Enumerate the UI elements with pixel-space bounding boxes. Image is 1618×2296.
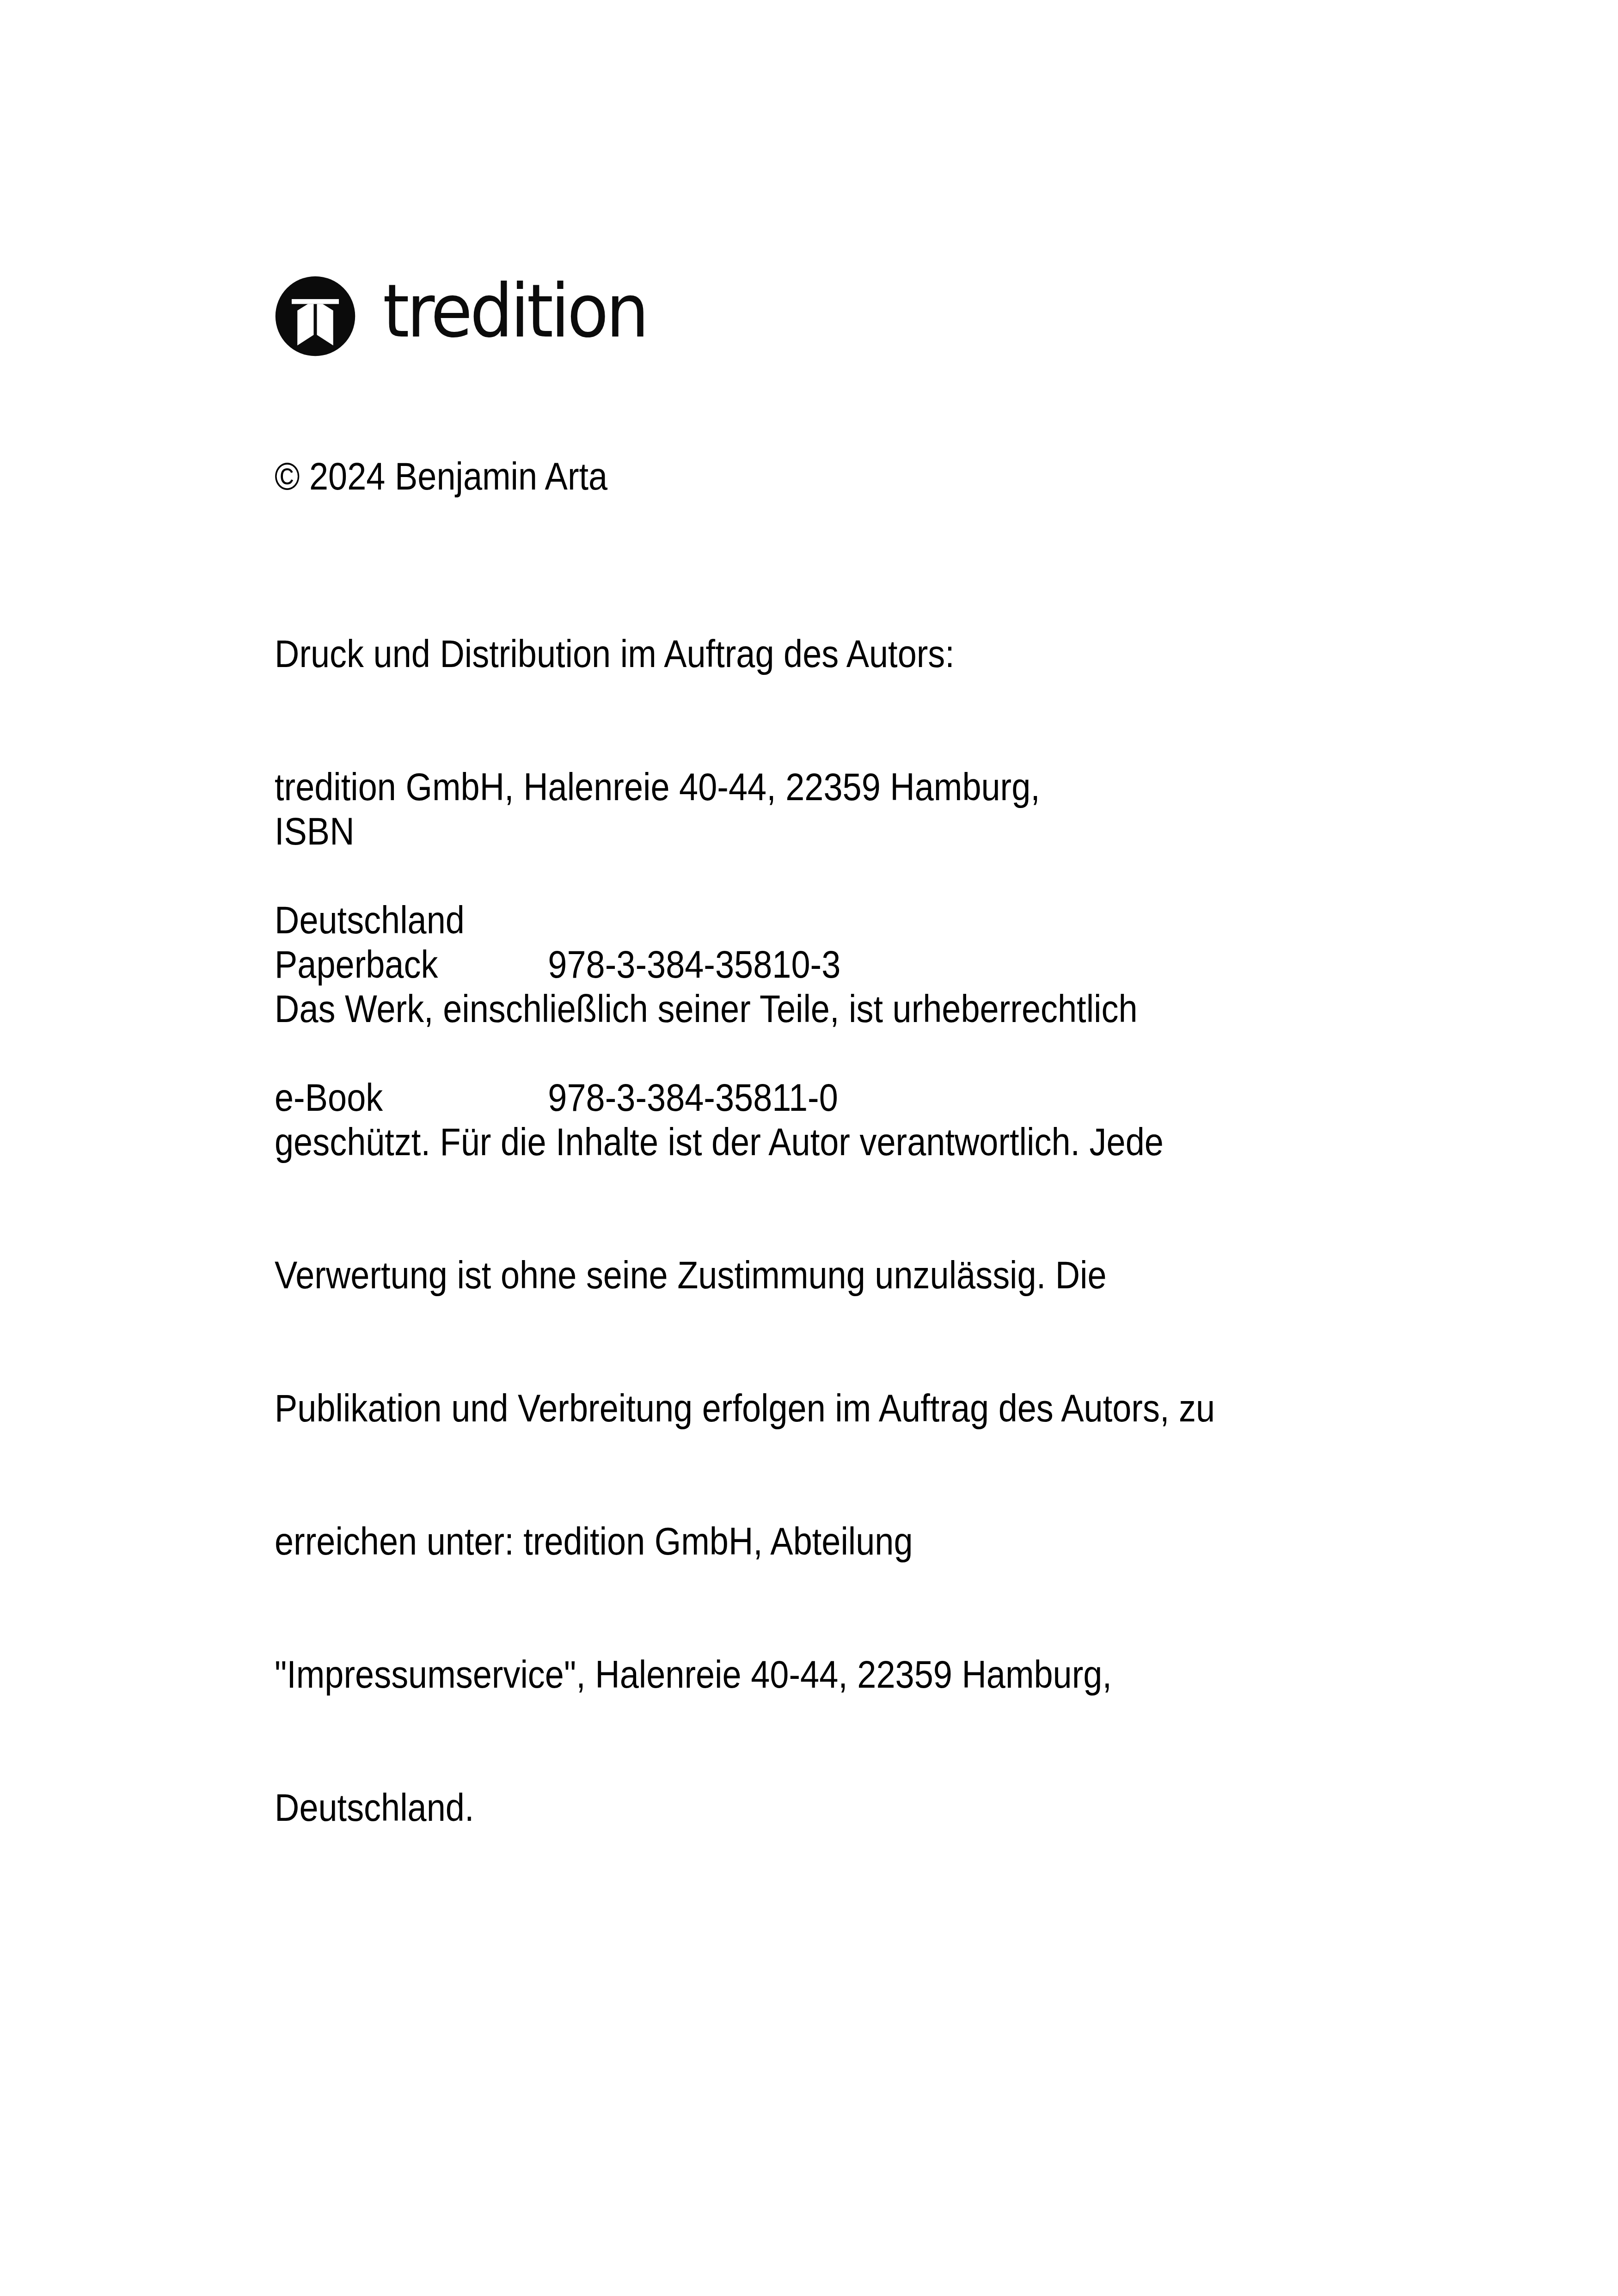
legal-line: Das Werk, einschließlich seiner Teile, i…	[275, 986, 1215, 1031]
tredition-logo-mark-icon	[275, 276, 356, 357]
legal-notice: Das Werk, einschließlich seiner Teile, i…	[275, 898, 1215, 1918]
copyright-notice: © 2024 Benjamin Arta	[275, 454, 607, 498]
publisher-logo: tredition	[275, 276, 667, 357]
imprint-page: tredition © 2024 Benjamin Arta Druck und…	[0, 0, 1618, 2296]
legal-line: "Impressumservice", Halenreie 40-44, 223…	[275, 1652, 1215, 1696]
legal-line: Deutschland.	[275, 1785, 1215, 1830]
legal-line: Publikation und Verbreitung erfolgen im …	[275, 1386, 1215, 1430]
distribution-line: Druck und Distribution im Auftrag des Au…	[275, 631, 1040, 676]
publisher-wordmark: tredition	[383, 275, 647, 348]
legal-line: erreichen unter: tredition GmbH, Abteilu…	[275, 1519, 1215, 1563]
legal-line: geschützt. Für die Inhalte ist der Autor…	[275, 1120, 1215, 1164]
isbn-heading: ISBN	[275, 809, 840, 853]
legal-line: Verwertung ist ohne seine Zustimmung unz…	[275, 1253, 1215, 1297]
